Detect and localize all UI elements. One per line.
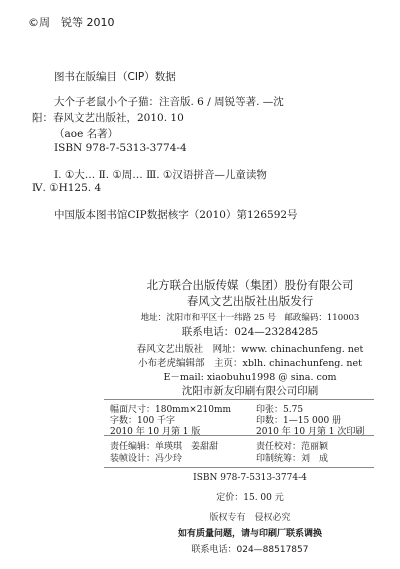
- divider-middle: [104, 435, 374, 436]
- copyright-notice: ©周 锐等 2010: [28, 14, 115, 30]
- publisher-website: 春风文艺出版社 网址：www. chinachunfeng. net: [100, 341, 400, 355]
- footer-phone: 联系电话：024—88517857: [100, 542, 400, 555]
- publisher-phone: 联系电话：024—23284285: [100, 324, 400, 339]
- cip-heading: 图书在版编目（CIP）数据: [54, 69, 176, 84]
- cip-verification-number: 中国版本图书馆CIP数据核字（2010）第126592号: [54, 207, 298, 222]
- spec-edition: 2010 年 10 月第 1 版: [110, 426, 200, 438]
- cip-line-title: 大个子老鼠小个子猫：注音版. 6 / 周锐等著. —沈: [54, 94, 284, 109]
- staff-proofreader: 责任校对：范丽颖: [256, 441, 328, 453]
- cip-line-isbn: ISBN 978-7-5313-3774-4: [54, 142, 187, 154]
- publisher-group: 北方联合出版传媒（集团）股份有限公司: [100, 277, 400, 293]
- publisher-email: E－mail: xiaobuhu1998 @ sina. com: [100, 369, 400, 383]
- publisher-issuer: 春风文艺出版社出版发行: [100, 293, 400, 309]
- footer-isbn: ISBN 978-7-5313-3774-4: [100, 473, 400, 483]
- divider-top: [104, 399, 374, 400]
- staff-print-coordinator: 印制统筹：刘 成: [256, 453, 328, 465]
- cip-line-publisher: 阳：春风文艺出版社，2010. 10: [32, 110, 184, 125]
- cip-line-series: （aoe 名著）: [54, 126, 118, 141]
- cip-line-classification-cont: Ⅳ. ①H125. 4: [32, 182, 101, 194]
- editorial-homepage: 小布老虎编辑部 主页：xblh. chinachunfeng. net: [100, 355, 400, 369]
- publisher-address: 地址：沈阳市和平区十一纬路 25 号 邮政编码：110003: [100, 311, 400, 323]
- printer-name: 沈阳市新友印刷有限公司印刷: [100, 383, 400, 398]
- footer-quality-notice: 如有质量问题，请与印刷厂联系调换: [100, 526, 400, 539]
- staff-designer: 装帧设计：冯少玲: [110, 453, 182, 465]
- footer-price: 定价：15. 00 元: [100, 490, 400, 503]
- staff-editors: 责任编辑：单瑛琪 姜甜甜: [110, 441, 218, 453]
- spec-printing: 2010 年 10 月第 1 次印刷: [256, 426, 364, 438]
- divider-bottom: [104, 467, 374, 468]
- footer-rights: 版权专有 侵权必究: [100, 510, 400, 523]
- cip-line-classification: Ⅰ. ①大… Ⅱ. ①周… Ⅲ. ①汉语拼音—儿童读物: [54, 167, 267, 182]
